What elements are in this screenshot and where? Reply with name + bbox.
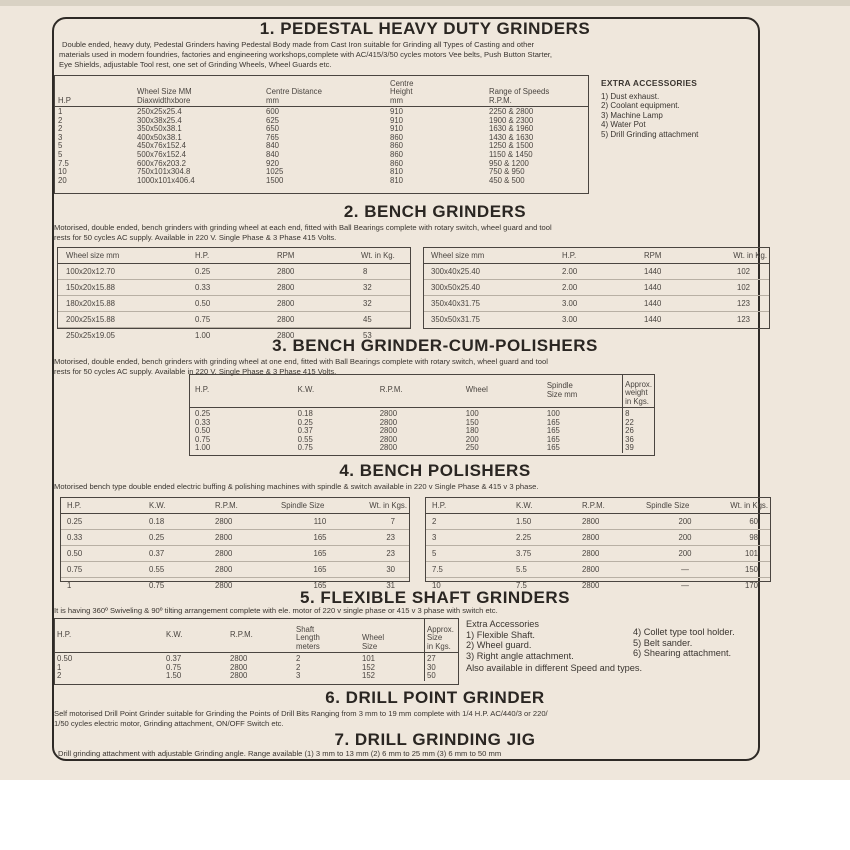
col-header: K.W. bbox=[147, 498, 213, 514]
col-header: Approx. weight in Kgs. bbox=[623, 375, 654, 407]
col-header: Wheel bbox=[464, 375, 545, 407]
section-3-title: 3. BENCH GRINDER-CUM-POLISHERS bbox=[0, 336, 850, 356]
grinder-polishers-table: H.P. K.W. R.P.M. Wheel Spindle Size mm A… bbox=[189, 374, 655, 456]
accessory-item: 2) Coolant equipment. bbox=[601, 101, 698, 111]
table-row: 201000x101x406.41500810450 & 500 bbox=[55, 177, 588, 186]
col-header: Wt. in Kgs. bbox=[361, 498, 409, 514]
table-row: 100x20x12.700.2528008 bbox=[58, 264, 410, 280]
table-row: 10.752800215230 bbox=[55, 664, 458, 673]
col-header: Range of Speeds R.P.M. bbox=[487, 76, 588, 106]
table-row: 0.330.25280015016522 bbox=[190, 419, 654, 428]
table-row: 21.502800315250 bbox=[55, 672, 458, 681]
table-row: 0.330.25280016523 bbox=[61, 530, 409, 546]
catalog-page: 1. PEDESTAL HEAVY DUTY GRINDERS Double e… bbox=[0, 0, 850, 780]
col-header: H.P. bbox=[55, 619, 164, 652]
section-4-title: 4. BENCH POLISHERS bbox=[0, 461, 850, 481]
table-row: 32.25280020098 bbox=[426, 530, 770, 546]
col-header: Approx. Size in Kgs. bbox=[425, 619, 459, 652]
table-row: 180x20x15.880.50280032 bbox=[58, 296, 410, 312]
desc-line: materials used in modern foundries, fact… bbox=[59, 50, 552, 60]
col-header: Wt. in Kg. bbox=[359, 248, 410, 264]
col-header: Wheel size mm bbox=[424, 248, 560, 264]
col-header: Wt. in Kg. bbox=[721, 248, 769, 264]
flexible-shaft-table: H.P. K.W. R.P.M. Shaft Length meters Whe… bbox=[54, 618, 459, 685]
col-header: Spindle Size bbox=[644, 498, 726, 514]
table-row: 0.750.55280020016536 bbox=[190, 436, 654, 445]
col-header: R.P.M. bbox=[378, 375, 464, 407]
section-2-title: 2. BENCH GRINDERS bbox=[0, 202, 850, 222]
col-header: K.W. bbox=[296, 375, 378, 407]
col-header: H.P bbox=[55, 76, 135, 106]
section-7-description: Drill grinding attachment with adjustabl… bbox=[58, 749, 501, 759]
section-6-description: Self motorised Drill Point Grinder suita… bbox=[54, 709, 548, 729]
accessory-item: 3) Machine Lamp bbox=[601, 111, 698, 121]
col-header: Wheel Size MM Diaxwidthxbore bbox=[135, 76, 264, 106]
accessory-item: 1) Flexible Shaft. bbox=[466, 630, 642, 641]
section-1-title: 1. PEDESTAL HEAVY DUTY GRINDERS bbox=[0, 19, 850, 39]
table-row: 300x40x25.402.001440102 bbox=[424, 264, 769, 280]
table-row: 0.250.1828001001008 bbox=[190, 410, 654, 419]
col-header: H.P. bbox=[190, 375, 296, 407]
accessory-item: 5) Drill Grinding attachment bbox=[601, 130, 698, 140]
table-row: 0.750.55280016530 bbox=[61, 562, 409, 578]
section-5-accessories-col2: 4) Collet type tool holder. 5) Belt sand… bbox=[633, 627, 735, 659]
desc-line: It is having 360º Swiveling & 90º tiltin… bbox=[54, 606, 498, 616]
accessories-heading: Extra Accessories bbox=[466, 619, 642, 630]
table-row: 7.55.52800—150 bbox=[426, 562, 770, 578]
section-1-accessories: EXTRA ACCESSORIES 1) Dust exhaust. 2) Co… bbox=[601, 79, 698, 139]
accessory-item: 1) Dust exhaust. bbox=[601, 92, 698, 102]
table-row: 53.752800200101 bbox=[426, 546, 770, 562]
col-header: RPM bbox=[275, 248, 359, 264]
table-row: 350x40x31.753.001440123 bbox=[424, 296, 769, 312]
col-header: H.P. bbox=[426, 498, 514, 514]
col-header: H.P. bbox=[61, 498, 147, 514]
table-row: 0.500.372800210127 bbox=[55, 655, 458, 664]
desc-line: Motorised, double ended, bench grinders … bbox=[54, 357, 548, 367]
col-header: R.P.M. bbox=[228, 619, 294, 652]
bench-polishers-table-right: H.P.K.W.R.P.M.Spindle SizeWt. in Kgs. 21… bbox=[425, 497, 771, 582]
col-header: Spindle Size bbox=[279, 498, 361, 514]
desc-line: rests for 50 cycles AC supply. Available… bbox=[54, 233, 552, 243]
col-header: Spindle Size mm bbox=[545, 375, 623, 407]
accessories-heading: EXTRA ACCESSORIES bbox=[601, 79, 698, 89]
bench-grinders-table-left: Wheel size mmH.P.RPMWt. in Kg. 100x20x12… bbox=[57, 247, 411, 329]
section-1-description: Double ended, heavy duty, Pedestal Grind… bbox=[59, 40, 552, 70]
desc-line: Double ended, heavy duty, Pedestal Grind… bbox=[59, 40, 552, 50]
desc-line: Motorised bench type double ended electr… bbox=[54, 482, 538, 492]
accessory-item: 2) Wheel guard. bbox=[466, 640, 642, 651]
table-row: 0.500.37280018016526 bbox=[190, 427, 654, 436]
col-header: H.P. bbox=[560, 248, 642, 264]
col-header: Wheel Size bbox=[360, 619, 425, 652]
col-header: H.P. bbox=[193, 248, 275, 264]
section-5-description: It is having 360º Swiveling & 90º tiltin… bbox=[54, 606, 498, 616]
col-header: K.W. bbox=[514, 498, 580, 514]
table-row: 0.500.37280016523 bbox=[61, 546, 409, 562]
col-header: K.W. bbox=[164, 619, 228, 652]
desc-line: Drill grinding attachment with adjustabl… bbox=[58, 749, 501, 759]
col-header: RPM bbox=[642, 248, 721, 264]
col-header: Centre Distance mm bbox=[264, 76, 388, 106]
col-header: R.P.M. bbox=[213, 498, 279, 514]
accessories-note: Also available in different Speed and ty… bbox=[466, 663, 642, 674]
accessory-item: 4) Water Pot bbox=[601, 120, 698, 130]
table-row: 1.000.75280025016539 bbox=[190, 444, 654, 453]
table-row: 200x25x15.880.75280045 bbox=[58, 312, 410, 328]
section-6-title: 6. DRILL POINT GRINDER bbox=[0, 688, 850, 708]
accessory-item: 5) Belt sander. bbox=[633, 638, 735, 649]
col-header: Wt. in Kgs. bbox=[726, 498, 770, 514]
section-4-description: Motorised bench type double ended electr… bbox=[54, 482, 538, 492]
section-5-accessories: Extra Accessories 1) Flexible Shaft. 2) … bbox=[466, 619, 642, 674]
desc-line: 1/50 cycles electric motor, Grinding att… bbox=[54, 719, 548, 729]
desc-line: Self motorised Drill Point Grinder suita… bbox=[54, 709, 548, 719]
table-row: 21.50280020060 bbox=[426, 514, 770, 530]
accessory-item: 6) Shearing attachment. bbox=[633, 648, 735, 659]
accessory-item: 3) Right angle attachment. bbox=[466, 651, 642, 662]
accessory-item: 4) Collet type tool holder. bbox=[633, 627, 735, 638]
col-header: R.P.M. bbox=[580, 498, 644, 514]
table-row: 300x50x25.402.001440102 bbox=[424, 280, 769, 296]
col-header: Shaft Length meters bbox=[294, 619, 360, 652]
table-row: 150x20x15.880.33280032 bbox=[58, 280, 410, 296]
desc-line: Eye Shields, adjustable Tool rest, one s… bbox=[59, 60, 552, 70]
col-header: Wheel size mm bbox=[58, 248, 193, 264]
bench-grinders-table-right: Wheel size mmH.P.RPMWt. in Kg. 300x40x25… bbox=[423, 247, 770, 329]
pedestal-grinders-table: H.P Wheel Size MM Diaxwidthxbore Centre … bbox=[54, 75, 589, 194]
table-row: 350x50x31.753.001440123 bbox=[424, 312, 769, 328]
section-7-title: 7. DRILL GRINDING JIG bbox=[0, 730, 850, 750]
bench-polishers-table-left: H.P.K.W.R.P.M.Spindle SizeWt. in Kgs. 0.… bbox=[60, 497, 410, 582]
scan-edge bbox=[0, 0, 850, 6]
table-row: 0.250.1828001107 bbox=[61, 514, 409, 530]
section-2-description: Motorised, double ended, bench grinders … bbox=[54, 223, 552, 243]
section-5-title: 5. FLEXIBLE SHAFT GRINDERS bbox=[0, 588, 850, 608]
desc-line: Motorised, double ended, bench grinders … bbox=[54, 223, 552, 233]
col-header: Centre Height mm bbox=[388, 76, 487, 106]
